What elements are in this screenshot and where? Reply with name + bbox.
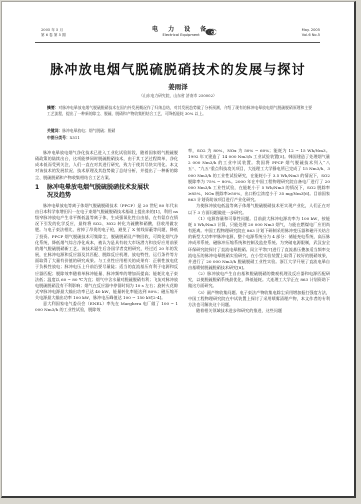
author-affiliation: （山东电力研究院，山东省 济南市 250002） — [2, 93, 354, 99]
section-1-heading: 1脉冲电晕放电烟气脱硫脱硝技术发展状 况及趋势 — [35, 184, 178, 201]
body-paragraph: 为使脉冲放电低温等离子体烟气脱硫脱硝技术更实现产业化，人们正在对以下 3 方面问… — [188, 203, 330, 215]
header-volume-en: Vol.6 No.5 — [302, 33, 320, 38]
abstract-text: 对脉冲电晕放电烟气脱硫脱硝技术在国内外发展概况作了归纳总结，对其发展趋势做了分析… — [47, 105, 312, 116]
section-1-title-line1: 脉冲电晕放电烟气脱硫脱硝技术发展状 — [47, 184, 149, 191]
section-1-number: 1 — [35, 184, 47, 193]
body-paragraph: 率，SO2 为 80%，NOx 为 50% ~ 60%；能耗为 12 ~ 15 … — [188, 148, 330, 203]
journal-name-cn: 电 力 设 备 — [152, 26, 210, 33]
abstract-label: 摘要： — [47, 105, 59, 110]
body-paragraph: （1）电源容量和可靠性问题。目前最大脉冲电源功率为 100 kW，按能耗 5 W… — [188, 216, 330, 271]
journal-name-en: Electrical Equipment — [152, 33, 210, 37]
body-paragraph: 意大利国家电气委员会（ENEL）率先在 Marghera 电厂做了 100 ~ … — [35, 301, 178, 313]
right-column: 率，SO2 为 80%，NOx 为 50% ~ 60%；能耗为 12 ~ 15 … — [188, 148, 330, 314]
paper-page: 2005 年 5 月 第 6 卷 第 5 期 电 力 设 备 Electrica… — [1, 1, 356, 498]
body-paragraph: 脉冲电晕放电等离子体烟气脱硫脱硝技术（PPCP）是 20 世纪 80 年代末由日… — [35, 203, 178, 302]
clc-label: 中图分类号： — [47, 135, 70, 140]
body-paragraph: （3）副产物收集问题。电子束法产物收集电除尘采用增加振打强度方法，中国工程物理研… — [188, 290, 330, 308]
classification-number: 中图分类号：X511 — [47, 135, 80, 141]
header-divider — [35, 42, 320, 43]
journal-logo-icon: CEP — [205, 28, 217, 36]
abstract: 摘要：对脉冲电晕放电烟气脱硫脱硝技术在国内外发展概况作了归纳总结，对其发展趋势做… — [47, 105, 312, 117]
svg-text:CEP: CEP — [211, 30, 217, 34]
article-title: 脉冲放电烟气脱硫脱硝技术的发展与探讨 — [2, 59, 354, 78]
intro-paragraph: 脉冲电晕放电烟气净化技术已进入工业化试验阶段，随着国家烟气脱硫脱硝政策的陆续出台… — [35, 150, 178, 181]
header-volume-cn: 第 6 卷 第 5 期 — [41, 33, 66, 38]
section-1-title-line2: 况及趋势 — [35, 192, 178, 201]
keywords-label: 关键词： — [47, 128, 62, 133]
keywords-text: 脉冲电晕放电；烟气脱硫；脱硝 — [62, 128, 115, 133]
article-author: 姜雨泽 — [2, 82, 354, 91]
header-issue-info: 2005 年 5 月 第 6 卷 第 5 期 — [41, 28, 66, 38]
body-paragraph: （2）脉冲放电产生自由基和脱硫脱硝的微观机理及反应器和电源匹配研究，以使脱硫脱硝… — [188, 271, 330, 289]
journal-name: 电 力 设 备 Electrical Equipment — [152, 26, 210, 37]
header-issue-info-en: May. 2005 Vol.6 No.5 — [302, 28, 320, 38]
body-paragraph: 随着相关领域技术进步和研究的推进，这些问题 — [188, 308, 330, 314]
left-column: 脉冲电晕放电烟气净化技术已进入工业化试验阶段，随着国家烟气脱硫脱硝政策的陆续出台… — [35, 150, 178, 314]
keywords: 关键词：脉冲电晕放电；烟气脱硫；脱硝 — [47, 128, 115, 134]
clc-value: X511 — [70, 135, 80, 140]
